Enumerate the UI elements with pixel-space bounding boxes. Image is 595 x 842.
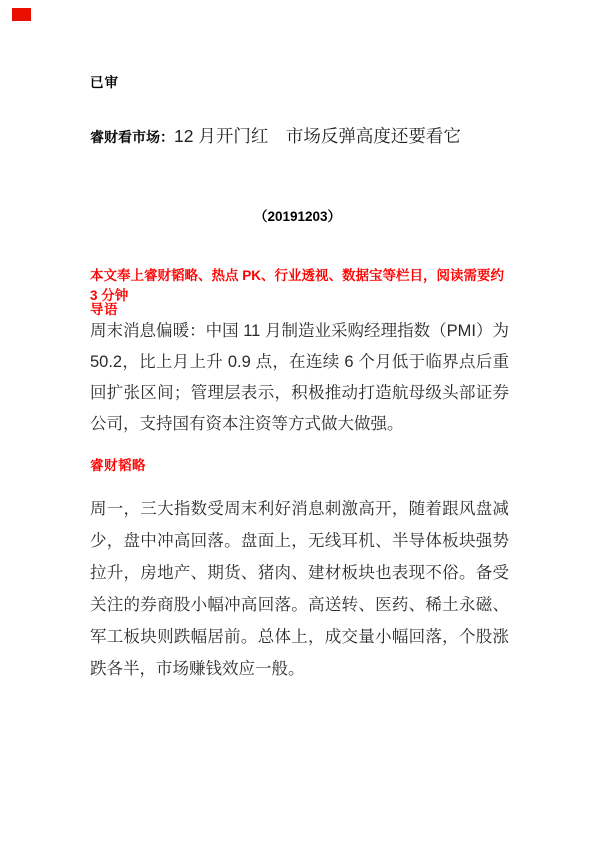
red-corner-mark — [12, 8, 31, 21]
section-heading-strategy: 睿财韬略 — [90, 454, 146, 474]
article-title-main: 12 月开门红 市场反弹高度还要看它 — [174, 126, 461, 146]
article-title: 睿财看市场：12 月开门红 市场反弹高度还要看它 — [90, 123, 461, 148]
document-page: 已审 睿财看市场：12 月开门红 市场反弹高度还要看它 （20191203） 本… — [0, 0, 595, 842]
review-stamp: 已审 — [90, 71, 119, 91]
paragraph-intro: 周末消息偏暖：中国 11 月制造业采购经理指数（PMI）为 50.2，比上月上升… — [90, 316, 509, 440]
paragraph-strategy: 周一，三大指数受周末利好消息刺激高开，随着跟风盘减少，盘中冲高回落。盘面上，无线… — [90, 493, 509, 685]
date-line: （20191203） — [0, 205, 595, 225]
section-heading-intro: 导语 — [90, 298, 118, 318]
intro-note: 本文奉上睿财韬略、热点 PK、行业透视、数据宝等栏目，阅读需要约 3 分钟 — [90, 264, 514, 304]
article-title-prefix: 睿财看市场： — [90, 129, 174, 145]
